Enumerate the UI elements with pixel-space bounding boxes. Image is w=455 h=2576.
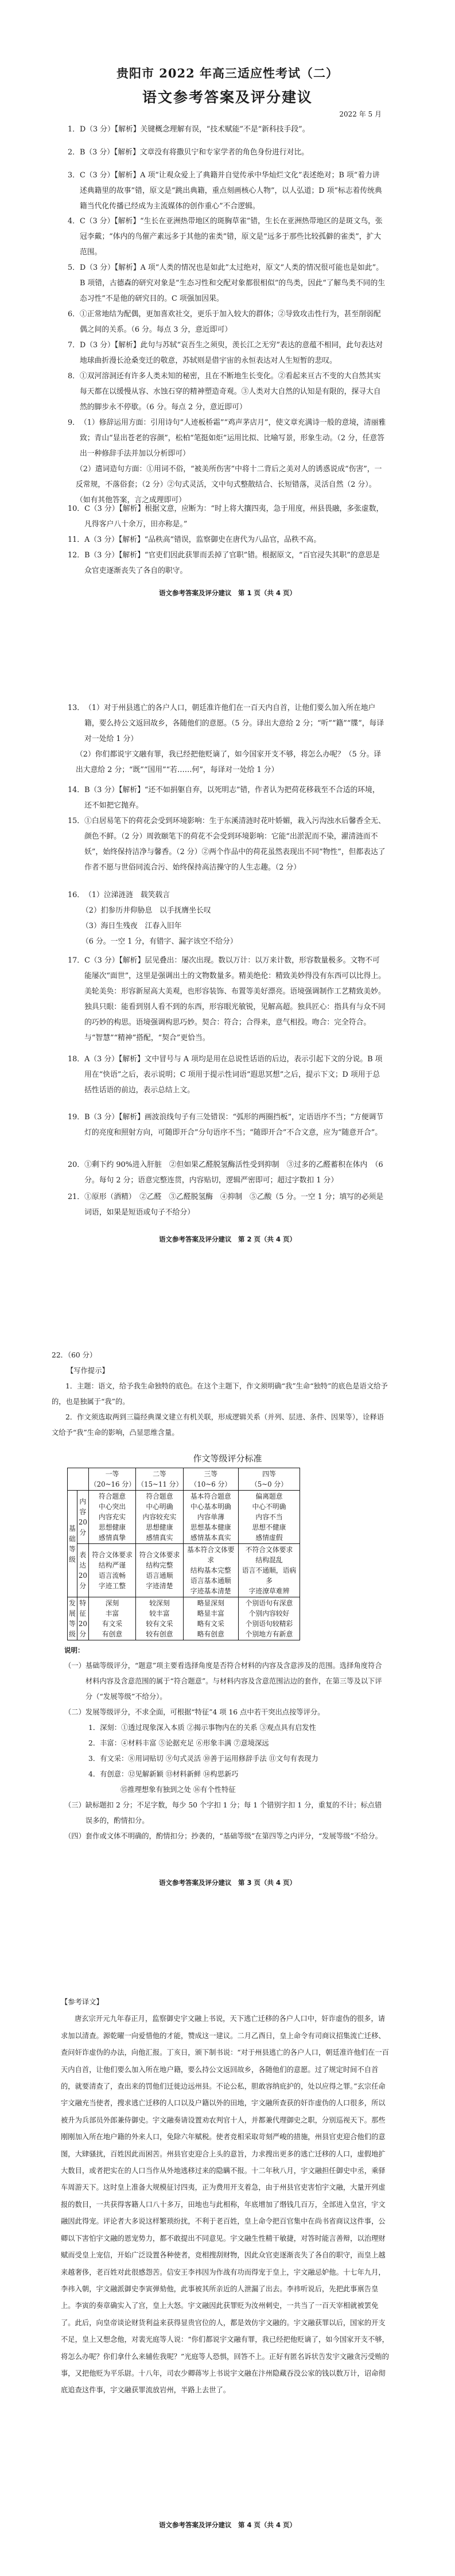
table-cell: 符合题意中心明确内容较充实思想健康感情真实 — [136, 1491, 183, 1544]
answer-q20: 20．①剩下约 90%进入肝脏 ②但如果乙醛脱氢酶活性受到抑制 ③过多的乙醛蓄积… — [68, 1157, 386, 1188]
question-number: 11． — [68, 532, 84, 548]
answer-text: C（3 分）【解析】根据文意，应断为：“时上将大攘四夷，急于用度，州县畏融，多张… — [84, 501, 386, 532]
question-number: 2． — [68, 145, 80, 160]
question-number: 9． — [68, 415, 80, 461]
table-cell: 偏离题意中心不明确内容不当思想不健康感情虚假 — [238, 1491, 300, 1544]
answer-q14: 14．B（3 分）【解析】“还不如捐躯自弃，以死明志”错，作者认为把荷花移栽至不… — [68, 782, 386, 813]
writing-tip-2: 2．作文须选取两到三篇经典课文建立有机关联，形成逻辑关系（并列、层进、条件、因果… — [52, 1410, 390, 1441]
answer-q17: 17．C（3 分）【解析】层见叠出：屡次出现。数以万计：以万来计数，形容数量极多… — [68, 953, 386, 1046]
answer-q18: 18．A（3 分）【解析】文中冒号与 A 项均是用在总说性话语的后边，表示引起下… — [68, 1052, 386, 1098]
table-cell: 符合题意中心突出内容充实思想健康感情真挚 — [88, 1491, 135, 1544]
question-22-heading: 22．（60 分） — [52, 1348, 390, 1363]
answer-text: ①双河溶洞还有许多人类未知的秘密，且在不断地生长变化。②看起来亘古不变的大自然其… — [80, 368, 386, 415]
page-footer: 语文参考答案及评分建议 第 1 页（共 4 页） — [0, 588, 455, 598]
table-header-cell: 三等（10~6 分） — [183, 1468, 238, 1491]
answer-text: C（3 分）【解析】层见叠出：屡次出现。数以万计：以万来计数，形容数量极多。文物… — [84, 953, 386, 1046]
table-cell: 深刻丰富有文采有创意 — [88, 1597, 135, 1640]
question-number: 5． — [68, 260, 80, 307]
notes-label: 说明： — [64, 1643, 386, 1658]
page-footer: 语文参考答案及评分建议 第 2 页（共 4 页） — [0, 1235, 455, 1244]
question-number: 6． — [68, 307, 80, 337]
question-number: 17． — [68, 953, 84, 1046]
question-number: 20． — [68, 1157, 84, 1188]
question-number: 7． — [68, 337, 80, 368]
question-number: 19． — [68, 1109, 84, 1140]
answer-q1: 1．D（3 分）【解析】关键概念理解有误，“技术赋能”不是“新科技手段”。 — [68, 122, 386, 137]
question-number: 16． — [68, 887, 84, 903]
grading-table-title: 作文等级评分标准 — [0, 1452, 455, 1464]
answer-text: D（3 分）【解析】A 项“人类的情况也是如此”太过绝对，原文“人类的情况很可能… — [80, 260, 386, 307]
content-label: 内容20分 — [77, 1491, 88, 1544]
reference-translation: 【参考译文】 唐玄宗开元九年春正月，监察御史宇文融上书说，天下逃亡迁移的各户人口… — [61, 1994, 391, 2399]
answer-text-part1: （1）修辞运用方面：引用诗句“人迹板桥霜”“鸡声茅店月”，使文章充满诗一般的意境… — [80, 415, 386, 461]
answer-text: C（3 分）【解析】A 项“让观众爱上了典籍并自觉传承中华灿烂文化”表述绝对；B… — [80, 168, 386, 214]
answer-text: D（3 分）【解析】此句与苏轼“哀吾生之须臾，羡长江之无穷”表达的意蕴不相同，此… — [80, 337, 386, 368]
note-1: （一）基础等级评分，“题意”项主要看选择角度是否符合材料的内容及含意涉及的范围。… — [64, 1658, 386, 1705]
answer-text: B（3 分）【解析】画波浪线句子有三处错误：“弧形的两圈挡板”，定语语序不当；“… — [84, 1109, 386, 1140]
answer-text: C（3 分）【解析】“生长在亚洲热带地区的斑胸草雀”错，生长在亚洲热带地区的是斑… — [80, 214, 386, 260]
answer-q10: 10．C（3 分）【解析】根据文意，应断为：“时上将大攘四夷，急于用度，州县畏融… — [68, 501, 386, 532]
answer-text-part1: （1）对于州县逃亡的各户人口，朝廷准许他们在一百天内自首，让他们要么加入所在地户… — [84, 700, 386, 747]
basic-level-label: 基础等级 — [68, 1491, 77, 1597]
answer-text: ①正常地结为配偶，更加喜欢社交，更乐于加入较大的群体；②导致攻击性行为，甚至削弱… — [80, 307, 386, 337]
answer-text: A（3 分）【解析】“品秩高”错误，监察御史在唐代为八品官，品秩不高。 — [84, 532, 386, 548]
answer-q16: 16．（1）泣涕涟涟 载笑载言 （2）扪参历井仰胁息 以手抚膺坐长叹 （3）海日… — [68, 887, 386, 949]
question-number: 15． — [68, 813, 84, 875]
answer-text: ①白居易笔下的荷花会受到环境影响：生于东溪清涟时花叶娇媚，栽入污沟浊水后馨香全无… — [84, 813, 386, 875]
answer-q4: 4．C（3 分）【解析】“生长在亚洲热带地区的斑胸草雀”错，生长在亚洲热带地区的… — [68, 214, 386, 260]
writing-tips-label: 【写作提示】 — [52, 1363, 390, 1379]
note-3: （三）缺标题扣 2 分；不足字数，每少 50 个字扣 1 分；每 1 个错别字扣… — [64, 1798, 386, 1829]
table-cell: 略显深刻略显丰富略有文采略有创意 — [183, 1597, 238, 1640]
table-row-features: 发展等级 特征20分 深刻丰富有文采有创意 较深刻较丰富较有文采较有创意 略显深… — [68, 1597, 300, 1640]
answer-q12: 12．B（3 分）【解析】“官吏们因此获罪而丢掉了官职”错。根据原文，“百官浸失… — [68, 548, 386, 579]
answer-line: （1）泣涕涟涟 载笑载言 — [84, 887, 386, 903]
table-header-cell: 一等（20~16 分） — [88, 1468, 135, 1491]
expression-label: 表达20分 — [77, 1544, 88, 1597]
table-header-row: 一等（20~16 分） 二等（15~11 分） 三等（10~6 分） 四等（5~… — [68, 1468, 300, 1491]
note-4: （四）套作或文体不明确的，酌情扣分；抄袭的，“基础等级”在第四等之内评分，“发展… — [64, 1829, 386, 1844]
features-label: 特征20分 — [77, 1597, 88, 1640]
question-number: 4． — [68, 214, 80, 260]
table-corner-cell — [68, 1468, 89, 1491]
answer-q6: 6．①正常地结为配偶，更加喜欢社交，更乐于加入较大的群体；②导致攻击性行为，甚至… — [68, 307, 386, 337]
table-row-content: 基础等级 内容20分 符合题意中心突出内容充实思想健康感情真挚 符合题意中心明确… — [68, 1491, 300, 1544]
document-date: 2022 年 5 月 — [339, 109, 382, 119]
grading-notes: 说明： （一）基础等级评分，“题意”项主要看选择角度是否符合材料的内容及含意涉及… — [64, 1643, 386, 1844]
table-header-cell: 四等（5~0 分） — [238, 1468, 300, 1491]
question-number: 14． — [68, 782, 84, 813]
question-number: 21． — [68, 1189, 84, 1220]
answer-text-part2: （2）你们都说宇文融有罪，我已经把他贬谪了，如今国家开支不够，将怎么办呢？（5 … — [76, 747, 386, 778]
answer-q7: 7．D（3 分）【解析】此句与苏轼“哀吾生之须臾，羡长江之无穷”表达的意蕴不相同… — [68, 337, 386, 368]
question-number: 10． — [68, 501, 84, 532]
answer-text: ①原形（酒精） ②乙醛 ③乙醛脱氢酶 ④抑制 ⑤乙酸（5 分。一空 1 分；填写… — [84, 1189, 386, 1220]
note-2-item-cont: ⑮推理想象有独到之处 ⑯有个性特征 — [64, 1782, 386, 1798]
answer-line: （3）海日生残夜 江春入旧年 — [81, 918, 386, 934]
answer-q5: 5．D（3 分）【解析】A 项“人类的情况也是如此”太过绝对，原文“人类的情况很… — [68, 260, 386, 307]
note-2-item: 4．有创意：⑫见解新颖 ⑬材料新鲜 ⑭构思新巧 — [64, 1767, 386, 1782]
translation-label: 【参考译文】 — [61, 1994, 391, 2011]
question-number: 12． — [68, 548, 84, 579]
table-cell: 符合文体要求结构完整语言通顺字迹清楚 — [136, 1544, 183, 1597]
answer-text: ①剩下约 90%进入肝脏 ②但如果乙醛脱氢酶活性受到抑制 ③过多的乙醛蓄积在体内… — [84, 1157, 386, 1188]
page-footer: 语文参考答案及评分建议 第 4 页（共 4 页） — [0, 2520, 455, 2530]
page-footer: 语文参考答案及评分建议 第 3 页（共 4 页） — [0, 1878, 455, 1887]
table-header-cell: 二等（15~11 分） — [136, 1468, 183, 1491]
writing-tip-1: 1．主题：语文，给予我生命独特的底色。在这个主题下，作文须明确“我”生命“独特”… — [52, 1379, 390, 1410]
table-cell: 基本符合文体要求结构基本完整语言基本通顺字迹基本清楚 — [183, 1544, 238, 1597]
answer-text: D（3 分）【解析】关键概念理解有误，“技术赋能”不是“新科技手段”。 — [80, 122, 386, 137]
question-number: 1． — [68, 122, 80, 137]
table-cell: 不符合文体要求结构混乱语言不通顺，语病多字迹潦草难辨 — [238, 1544, 300, 1597]
answer-q2: 2．B（3 分）【解析】文章没有将撒贝宁和专家学者的角色身份进行对比。 — [68, 145, 386, 160]
essay-section: 22．（60 分） 【写作提示】 1．主题：语文，给予我生命独特的底色。在这个主… — [52, 1348, 390, 1441]
document-subtitle: 语文参考答案及评分建议 — [0, 86, 455, 107]
answer-text: B（3 分）【解析】文章没有将撒贝宁和专家学者的角色身份进行对比。 — [80, 145, 386, 160]
answer-text: A（3 分）【解析】文中冒号与 A 项均是用在总说性话语的后边，表示引起下文的分… — [84, 1052, 386, 1098]
question-number: 18． — [68, 1052, 84, 1098]
grading-table: 一等（20~16 分） 二等（15~11 分） 三等（10~6 分） 四等（5~… — [67, 1468, 300, 1640]
answer-text: B（3 分）【解析】“官吏们因此获罪而丢掉了官职”错。根据原文，“百官浸失其职”… — [84, 548, 386, 579]
answer-q3: 3．C（3 分）【解析】A 项“让观众爱上了典籍并自觉传承中华灿烂文化”表述绝对… — [68, 168, 386, 214]
translation-text: 唐玄宗开元九年春正月，监察御史宇文融上书说，天下逃亡迁移的各户人口中，奸诈虚伪的… — [61, 2011, 391, 2399]
answer-q11: 11．A（3 分）【解析】“品秩高”错误，监察御史在唐代为八品官，品秩不高。 — [68, 532, 386, 548]
document-title: 贵阳市 2022 年高三适应性考试（二） — [0, 64, 455, 82]
answer-line: （6 分。一空 1 分，有错字、漏字该空不给分） — [81, 934, 386, 949]
note-2-item: 2．丰富：④材料丰富 ⑤论据充足 ⑥形象丰满 ⑦意境深远 — [64, 1736, 386, 1751]
question-number: 13． — [68, 700, 84, 747]
note-2-item: 3．有文采：⑧用词贴切 ⑨句式灵活 ⑩善于运用修辞手法 ⑪文句有表现力 — [64, 1751, 386, 1767]
answer-q19: 19．B（3 分）【解析】画波浪线句子有三处错误：“弧形的两圈挡板”，定语语序不… — [68, 1109, 386, 1140]
development-level-label: 发展等级 — [68, 1597, 77, 1640]
answer-q9: 9．（1）修辞运用方面：引用诗句“人迹板桥霜”“鸡声茅店月”，使文章充满诗一般的… — [68, 415, 386, 508]
question-number: 3． — [68, 168, 80, 214]
table-cell: 较深刻较丰富较有文采较有创意 — [136, 1597, 183, 1640]
table-cell: 符合文体要求结构严谨语言流畅字迹工整 — [88, 1544, 135, 1597]
answer-q13: 13．（1）对于州县逃亡的各户人口，朝廷准许他们在一百天内自首，让他们要么加入所… — [68, 700, 386, 778]
question-number: 8． — [68, 368, 80, 415]
answer-line: （2）扪参历井仰胁息 以手抚膺坐长叹 — [81, 903, 386, 918]
answer-text: B（3 分）【解析】“还不如捐躯自弃，以死明志”错，作者认为把荷花移栽至不合适的… — [84, 782, 386, 813]
note-2: （二）发展等级评分，不求全面，可根据“特征”4 项 16 点中若干突出点按等评分… — [64, 1705, 386, 1720]
table-cell: 个别语句有深意个别内容较好个别语句较精彩个别地方有新意 — [238, 1597, 300, 1640]
table-row-expression: 表达20分 符合文体要求结构严谨语言流畅字迹工整 符合文体要求结构完整语言通顺字… — [68, 1544, 300, 1597]
answer-q21: 21．①原形（酒精） ②乙醛 ③乙醛脱氢酶 ④抑制 ⑤乙酸（5 分。一空 1 分… — [68, 1189, 386, 1220]
note-2-item: 1．深刻：①透过现象深入本质 ②揭示事物内在的关系 ③观点具有启发性 — [64, 1720, 386, 1736]
answer-q8: 8．①双河溶洞还有许多人类未知的秘密，且在不断地生长变化。②看起来亘古不变的大自… — [68, 368, 386, 415]
table-cell: 基本符合题意中心基本明确内容单薄思想基本健康感情基本真实 — [183, 1491, 238, 1544]
answer-q15: 15．①白居易笔下的荷花会受到环境影响：生于东溪清涟时花叶娇媚，栽入污沟浊水后馨… — [68, 813, 386, 875]
